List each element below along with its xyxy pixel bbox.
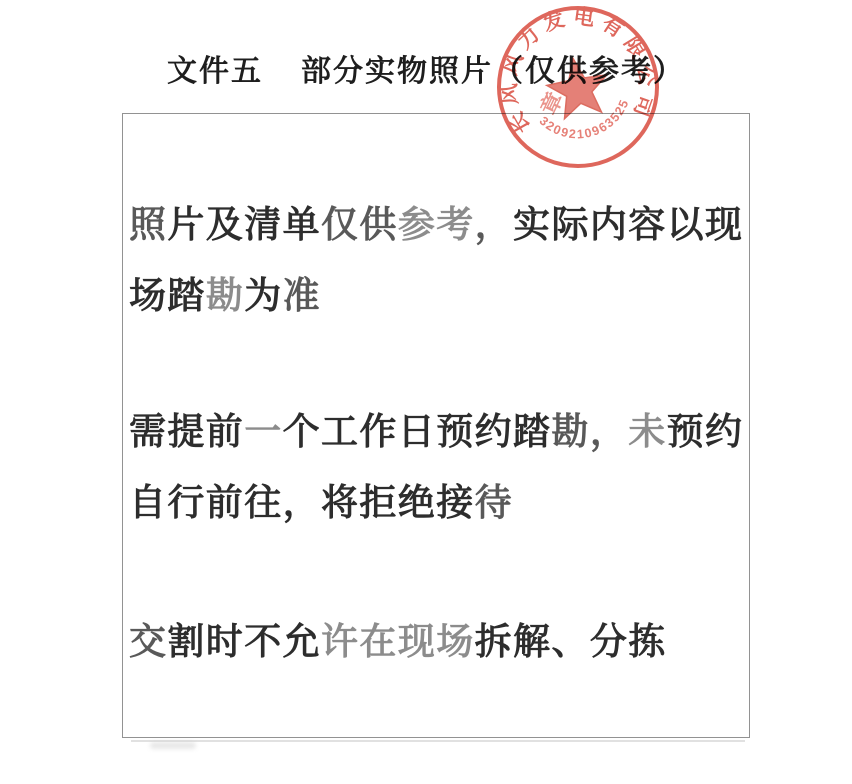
notice-paragraph-appointment: 需提前一个工作日预约踏勘，未预约自行前往，将拒绝接待 <box>129 396 745 538</box>
text-segment: 需提前 <box>129 411 244 452</box>
text-segment: 未 <box>628 411 666 452</box>
scan-smudge <box>150 742 196 749</box>
notice-paragraph-reference-only: 照片及清单仅供参考，实际内容以现场踏勘为准 <box>129 189 745 331</box>
text-segment: 预约 <box>667 411 744 452</box>
text-segment: 勘 <box>206 275 244 316</box>
text-segment: 割时不允 <box>167 621 321 662</box>
text-segment: ， <box>475 204 513 245</box>
text-segment: 交 <box>129 621 167 662</box>
text-segment: 许在现场 <box>321 621 475 662</box>
text-segment: 照 <box>129 204 167 245</box>
text-segment: 一 <box>244 411 282 452</box>
page-title: 文件五部分实物照片（仅供参考） <box>0 46 852 90</box>
text-segment: 勘， <box>551 411 628 452</box>
text-segment: 场踏 <box>129 275 206 316</box>
text-segment: 准 <box>283 275 321 316</box>
notice-box: 照片及清单仅供参考，实际内容以现场踏勘为准 需提前一个工作日预约踏勘，未预约自行… <box>122 113 750 738</box>
document-page: 文件五部分实物照片（仅供参考） 照片及清单仅供参考，实际内容以现场踏勘为准 需提… <box>0 0 852 784</box>
text-segment: 待 <box>475 482 513 523</box>
text-segment: 为 <box>244 275 282 316</box>
text-segment: 仅供 <box>321 204 398 245</box>
notice-paragraph-no-dismantling: 交割时不允许在现场拆解、分拣 <box>129 606 745 677</box>
title-doc-number: 文件五 <box>167 55 263 88</box>
text-segment: 片及清单 <box>167 204 321 245</box>
text-segment: 实际内容以现 <box>513 204 743 245</box>
title-doc-subject: 部分实物照片（仅供参考） <box>301 55 685 88</box>
text-segment: 个工作日预约踏 <box>283 411 552 452</box>
text-segment: 参考 <box>398 204 475 245</box>
text-segment: 自行前往，将拒绝接 <box>129 482 475 523</box>
text-segment: 拆解、分拣 <box>475 621 667 662</box>
